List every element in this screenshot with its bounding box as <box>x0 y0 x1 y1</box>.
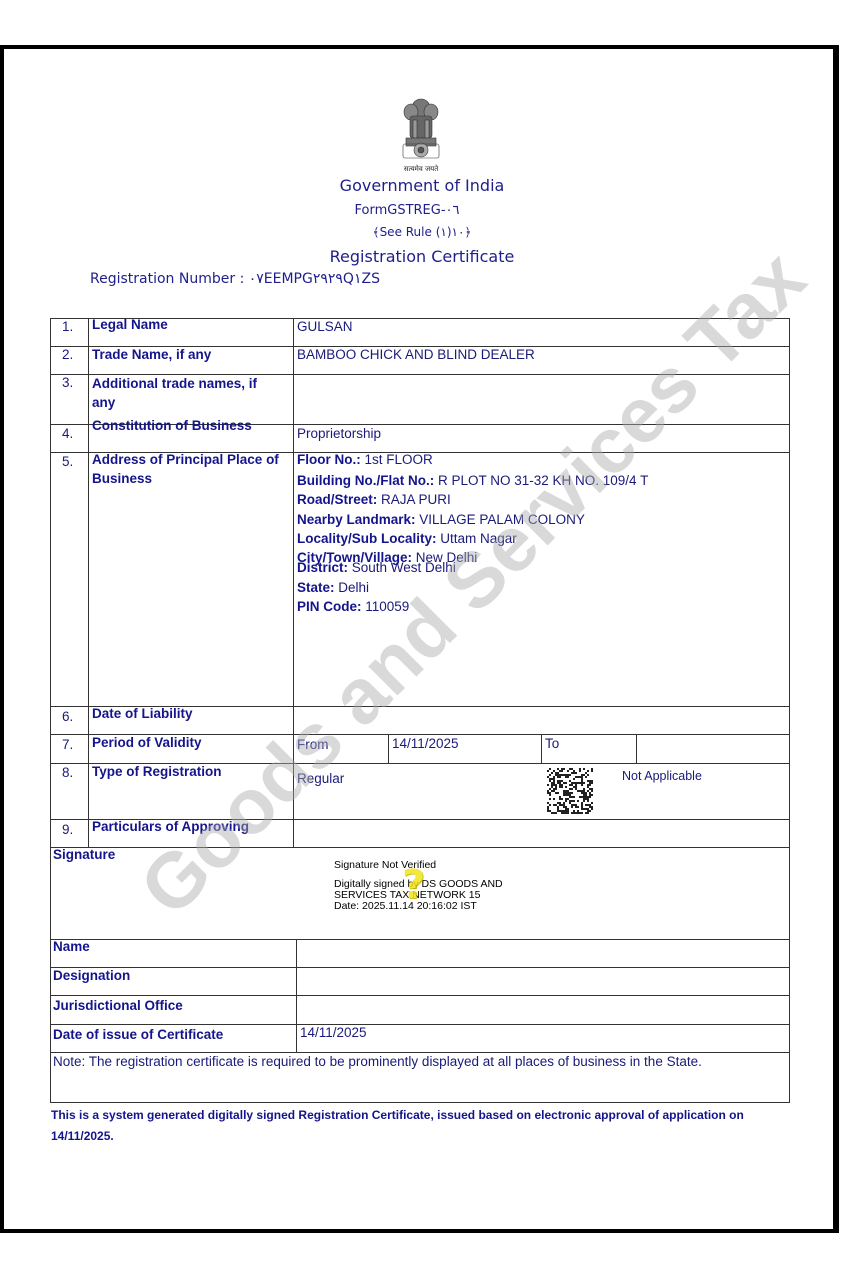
address-line: District: South West Delhi <box>297 560 456 576</box>
col-divider-from <box>388 734 389 763</box>
validity-from-value: 14/11/2025 <box>392 736 459 752</box>
row-number: 4. <box>62 426 73 442</box>
constitution-value: Proprietorship <box>297 426 381 442</box>
system-generated-footer: This is a system generated digitally sig… <box>51 1105 796 1147</box>
address-line: Nearby Landmark: VILLAGE PALAM COLONY <box>297 512 585 528</box>
row-number: 3. <box>62 375 73 391</box>
officer-name-label: Name <box>53 939 90 955</box>
certificate-title: Registration Certificate <box>0 247 844 266</box>
address-field-label: Locality/Sub Locality: <box>297 531 440 546</box>
row-line <box>50 995 790 996</box>
not-applicable-text: Not Applicable <box>622 768 702 784</box>
table-border-right <box>789 318 790 848</box>
footer-line2: 14/11/2025. <box>51 1126 796 1147</box>
address-field-label: State: <box>297 580 338 595</box>
row-line <box>50 939 790 940</box>
period-of-validity-label: Period of Validity <box>92 735 202 751</box>
address-field-label: District: <box>297 560 352 575</box>
col-divider-to <box>541 734 542 763</box>
address-field-value: R PLOT NO 31-32 KH NO. 109/4 T <box>438 473 648 488</box>
address-field-value: Uttam Nagar <box>440 531 517 546</box>
address-label-2: Business <box>92 471 152 487</box>
registration-number-label: Registration Number : <box>90 271 244 287</box>
address-label: Address of Principal Place of <box>92 452 279 468</box>
date-of-issue-label: Date of issue of Certificate <box>53 1027 223 1043</box>
type-of-registration-label: Type of Registration <box>92 764 222 780</box>
address-field-label: PIN Code: <box>297 599 365 614</box>
address-field-label: Building No./Flat No.: <box>297 473 438 488</box>
lower-border-left <box>50 847 51 1103</box>
row-line <box>50 847 790 848</box>
government-title: Government of India <box>0 176 844 195</box>
registration-number: Registration Number : ٠٧EEMPG٢٩٢٩Q١ZS <box>90 271 380 287</box>
col-divider-label <box>293 318 294 848</box>
row-line <box>50 1102 790 1103</box>
row-number: 5. <box>62 454 73 470</box>
validity-to-label: To <box>545 736 559 752</box>
address-field-label: Floor No.: <box>297 452 365 467</box>
address-line: Road/Street: RAJA PURI <box>297 492 451 508</box>
address-field-value: 110059 <box>365 599 409 614</box>
date-of-issue-value: 14/11/2025 <box>300 1025 367 1041</box>
form-number: FormGSTREG-٠٦ <box>0 203 829 218</box>
row-line <box>50 967 790 968</box>
type-of-registration-value: Regular <box>297 771 344 787</box>
trade-name-label: Trade Name, if any <box>92 347 211 363</box>
col-divider-to-value <box>636 734 637 763</box>
legal-name-value: GULSAN <box>297 319 353 335</box>
address-field-label: Nearby Landmark: <box>297 512 419 527</box>
address-line: PIN Code: 110059 <box>297 599 409 615</box>
address-field-value: RAJA PURI <box>381 492 451 507</box>
date-of-liability-label: Date of Liability <box>92 706 193 722</box>
row-number: 7. <box>62 737 73 753</box>
table-border-left <box>50 318 51 848</box>
approving-authority-label: Particulars of Approving <box>92 819 249 835</box>
jurisdictional-office-label: Jurisdictional Office <box>53 998 183 1014</box>
rule-reference: ﴾See Rule ١٠(١)﴿ <box>0 225 844 239</box>
row-line <box>50 1024 790 1025</box>
qr-code-icon <box>547 768 593 814</box>
row-number: 2. <box>62 347 73 363</box>
footer-line1: This is a system generated digitally sig… <box>51 1105 796 1126</box>
display-note: Note: The registration certificate is re… <box>53 1054 702 1070</box>
address-field-value: VILLAGE PALAM COLONY <box>419 512 585 527</box>
additional-trade-names-label: Additional trade names, if <box>92 376 257 392</box>
svg-text:सत्यमेव जयते: सत्यमेव जयते <box>404 164 439 173</box>
row-line <box>50 1052 790 1053</box>
registration-number-value: ٠٧EEMPG٢٩٢٩Q١ZS <box>249 271 380 287</box>
signature-label: Signature <box>53 847 115 863</box>
lower-border-right <box>789 847 790 1103</box>
row-number: 9. <box>62 822 73 838</box>
address-line: Locality/Sub Locality: Uttam Nagar <box>297 531 517 547</box>
address-field-value: South West Delhi <box>352 560 456 575</box>
address-field-value: Delhi <box>338 580 369 595</box>
address-line: State: Delhi <box>297 580 369 596</box>
row-number: 1. <box>62 319 73 335</box>
address-line: Building No./Flat No.: R PLOT NO 31-32 K… <box>297 473 648 489</box>
address-field-label: Road/Street: <box>297 492 381 507</box>
col-divider-officer <box>296 939 297 1052</box>
legal-name-label: Legal Name <box>92 317 168 333</box>
additional-trade-names-label-2: any <box>92 395 115 411</box>
row-number: 6. <box>62 709 73 725</box>
row-line <box>50 374 790 375</box>
address-field-value: 1st FLOOR <box>365 452 433 467</box>
validity-from-label: From <box>297 737 329 753</box>
row-number: 8. <box>62 765 73 781</box>
constitution-label: Constitution of Business <box>92 418 252 434</box>
col-divider-num <box>88 318 89 848</box>
national-emblem-icon: सत्यमेव जयते <box>397 96 445 174</box>
trade-name-value: BAMBOO CHICK AND BLIND DEALER <box>297 347 535 363</box>
designation-label: Designation <box>53 968 130 984</box>
address-line: Floor No.: 1st FLOOR <box>297 452 433 468</box>
signature-unverified-icon: ? <box>402 862 425 908</box>
